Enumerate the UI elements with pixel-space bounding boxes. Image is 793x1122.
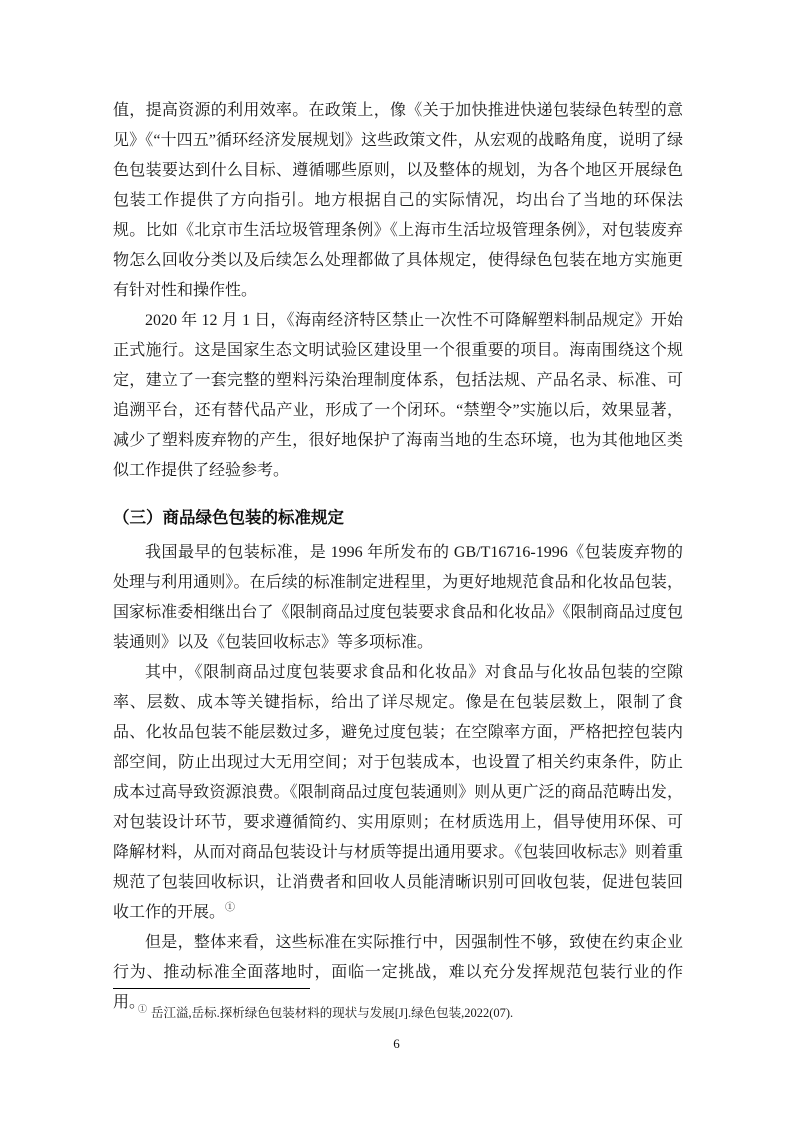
footnote-reference-marker: ① [225, 903, 235, 914]
footnote-text: 岳江溢,岳标.探析绿色包装材料的现状与发展[J].绿色包装,2022(07). [151, 1006, 513, 1020]
body-text-block: 值，提高资源的利用效率。在政策上，像《关于加快推进快递包装绿色转型的意见》《“十… [113, 96, 683, 1018]
page-number: 6 [0, 1036, 793, 1052]
footnote-marker: ① [138, 1004, 147, 1014]
footnote: ①岳江溢,岳标.探析绿色包装材料的现状与发展[J].绿色包装,2022(07). [113, 1004, 683, 1022]
section-heading: （三）商品绿色包装的标准规定 [113, 503, 683, 533]
footnote-separator-line [113, 988, 310, 989]
document-page: 值，提高资源的利用效率。在政策上，像《关于加快推进快递包装绿色转型的意见》《“十… [0, 0, 793, 1122]
paragraph-hainan-regulation: 2020 年 12 月 1 日，《海南经济特区禁止一次性不可降解塑料制品规定》开… [113, 306, 683, 486]
paragraph-standards-detail: 其中，《限制商品过度包装要求食品和化妆品》对食品与化妆品包装的空隙率、层数、成本… [113, 658, 683, 928]
paragraph-earliest-standards: 我国最早的包装标准，是 1996 年所发布的 GB/T16716-1996《包装… [113, 538, 683, 658]
paragraph-standards-detail-text: 其中，《限制商品过度包装要求食品和化妆品》对食品与化妆品包装的空隙率、层数、成本… [113, 664, 683, 921]
paragraph-policy-overview: 值，提高资源的利用效率。在政策上，像《关于加快推进快递包装绿色转型的意见》《“十… [113, 96, 683, 306]
